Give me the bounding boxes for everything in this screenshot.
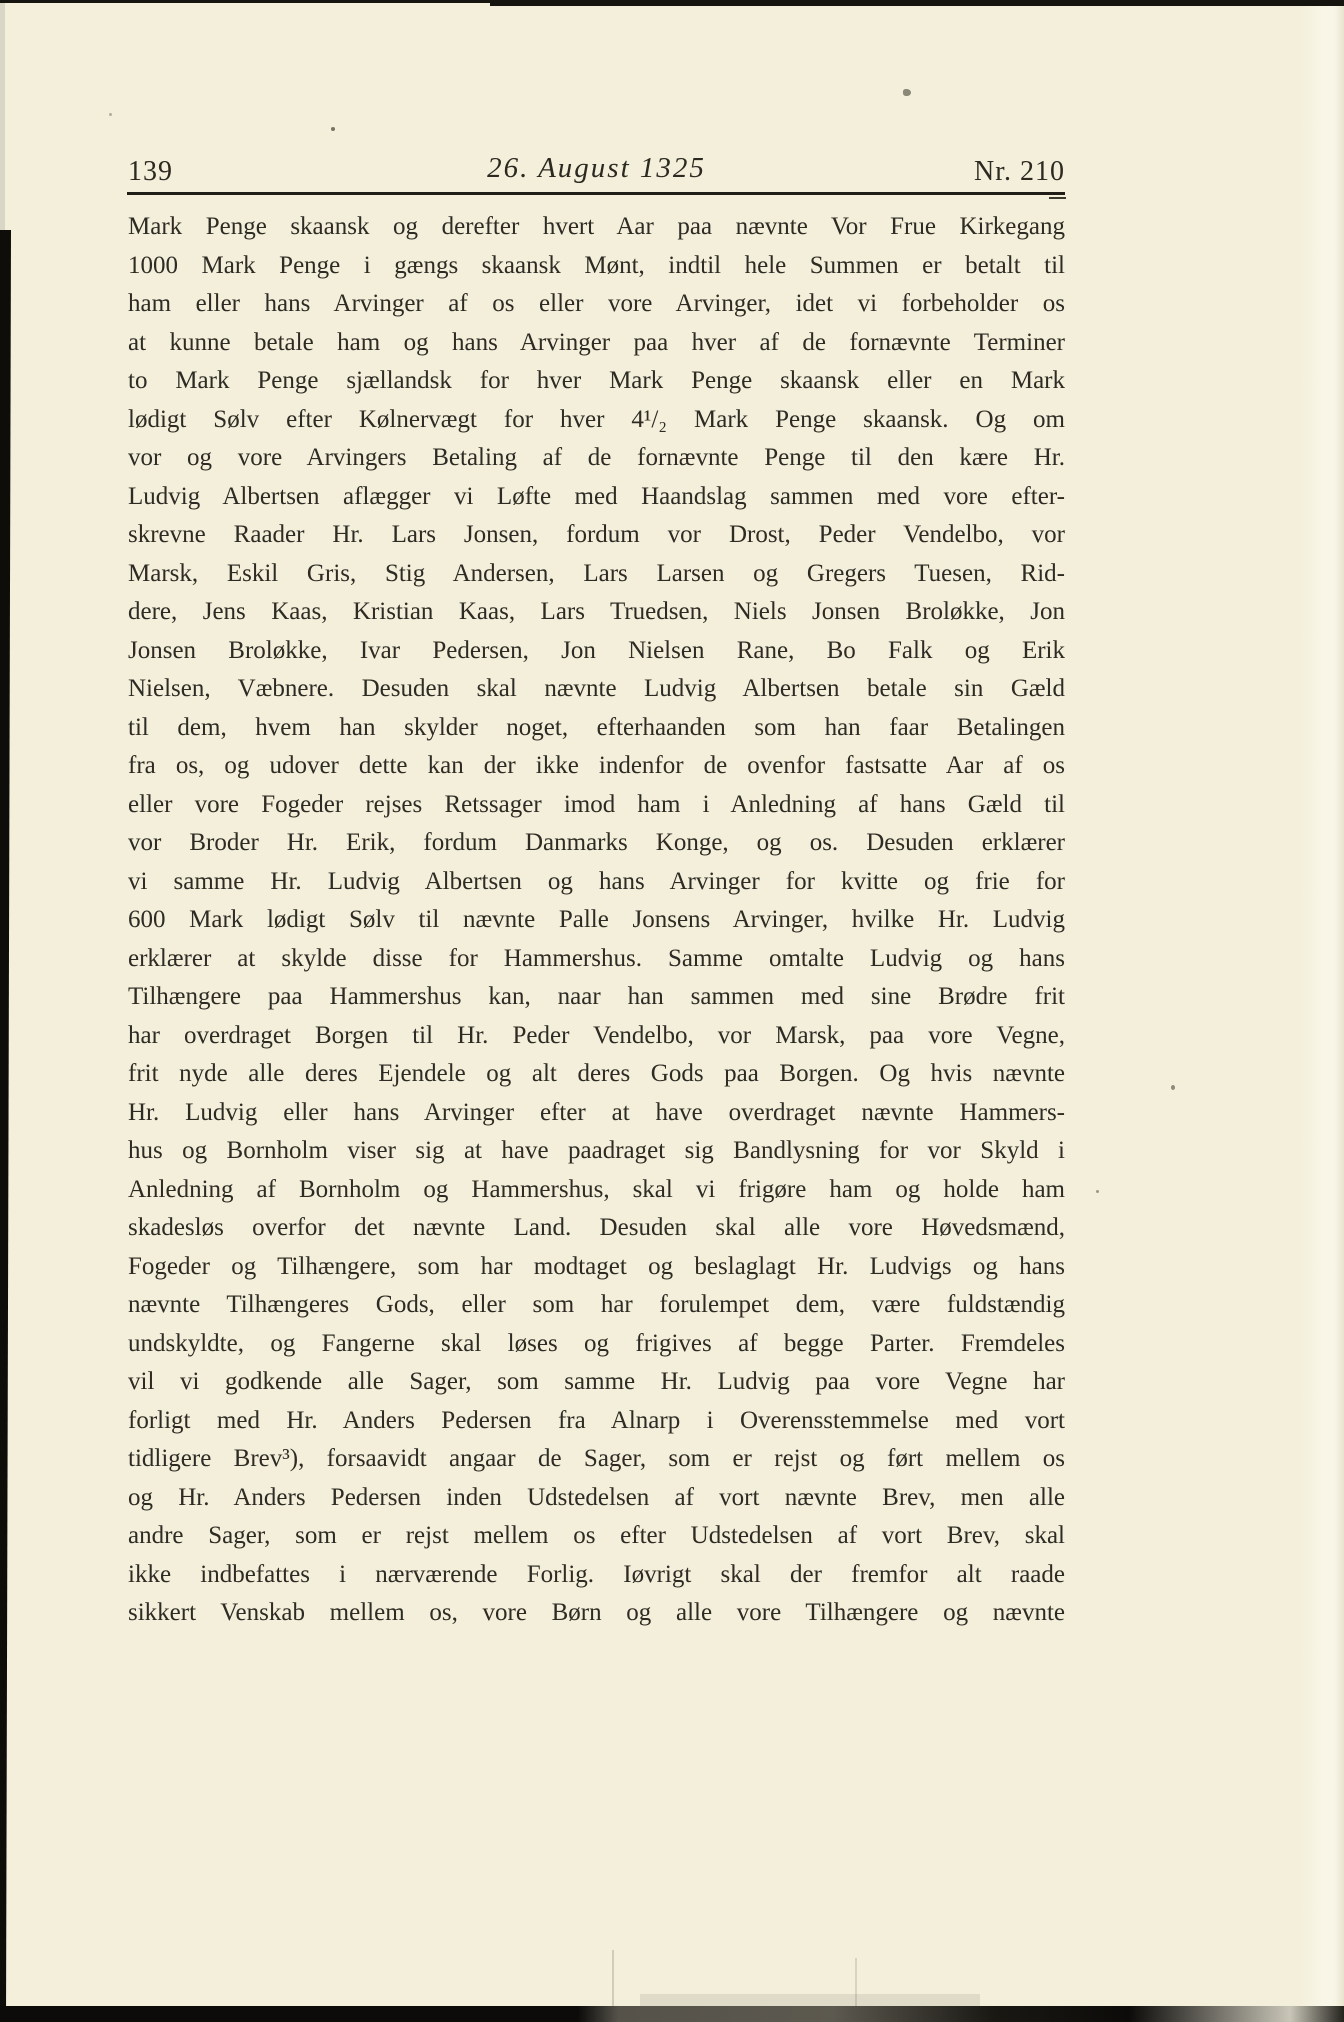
- dust-speck: [1171, 1085, 1175, 1090]
- dust-speck: [109, 113, 112, 116]
- text-line: tidligere Brev³), forsaavidt angaar de S…: [128, 1440, 1065, 1479]
- text-line: hus og Bornholm viser sig at have paadra…: [128, 1132, 1065, 1171]
- text-line: dere, Jens Kaas, Kristian Kaas, Lars Tru…: [128, 593, 1065, 632]
- scan-smudge: [640, 1994, 980, 2006]
- text-line: lødigt Sølv efter Kølnervægt for hver 4¹…: [128, 401, 1065, 440]
- text-line: skadesløs overfor det nævnte Land. Desud…: [128, 1209, 1065, 1248]
- text-line: undskyldte, og Fangerne skal løses og fr…: [128, 1325, 1065, 1364]
- text-line: erklærer at skylde disse for Hammershus.…: [128, 940, 1065, 979]
- dust-speck: [903, 89, 911, 96]
- scan-left-edge: [0, 230, 11, 2022]
- text-line: 1000 Mark Penge i gængs skaansk Mønt, in…: [128, 247, 1065, 286]
- text-line: vi samme Hr. Ludvig Albertsen og hans Ar…: [128, 863, 1065, 902]
- page-right-edge: [1300, 0, 1344, 2006]
- text-line: Jonsen Broløkke, Ivar Pedersen, Jon Niel…: [128, 632, 1065, 671]
- text-line: Fogeder og Tilhængere, som har modtaget …: [128, 1248, 1065, 1287]
- text-line: forligt med Hr. Anders Pedersen fra Alna…: [128, 1402, 1065, 1441]
- scan-smudge: [612, 1950, 614, 2006]
- header-rule-end-tick: [1049, 197, 1066, 199]
- scanned-book-page: 139 26. August 1325 Nr. 210 Mark Penge s…: [0, 0, 1344, 2022]
- text-line: at kunne betale ham og hans Arvinger paa…: [128, 324, 1065, 363]
- text-line: ikke indbefattes i nærværende Forlig. Iø…: [128, 1556, 1065, 1595]
- text-line: og Hr. Anders Pedersen inden Udstedelsen…: [128, 1479, 1065, 1518]
- page-left-edge-light: [0, 0, 5, 232]
- text-line: vor Broder Hr. Erik, fordum Danmarks Kon…: [128, 824, 1065, 863]
- text-line: Ludvig Albertsen aflægger vi Løfte med H…: [128, 478, 1065, 517]
- text-line: eller vore Fogeder rejses Retssager imod…: [128, 786, 1065, 825]
- text-line: vil vi godkende alle Sager, som samme Hr…: [128, 1363, 1065, 1402]
- text-line: sikkert Venskab mellem os, vore Børn og …: [128, 1594, 1065, 1633]
- document-body-text: Mark Penge skaansk og derefter hvert Aar…: [128, 208, 1065, 1633]
- dust-speck: [331, 127, 335, 131]
- scan-top-edge-right: [490, 0, 1344, 6]
- text-line: andre Sager, som er rejst mellem os efte…: [128, 1517, 1065, 1556]
- text-line: Tilhængere paa Hammershus kan, naar han …: [128, 978, 1065, 1017]
- text-line: skrevne Raader Hr. Lars Jonsen, fordum v…: [128, 516, 1065, 555]
- text-line: til dem, hvem han skylder noget, efterha…: [128, 709, 1065, 748]
- text-line: 600 Mark lødigt Sølv til nævnte Palle Jo…: [128, 901, 1065, 940]
- text-line: Anledning af Bornholm og Hammershus, ska…: [128, 1171, 1065, 1210]
- text-line: to Mark Penge sjællandsk for hver Mark P…: [128, 362, 1065, 401]
- text-line: frit nyde alle deres Ejendele og alt der…: [128, 1055, 1065, 1094]
- document-number-heading: Nr. 210: [128, 155, 1065, 188]
- page-sheet: 139 26. August 1325 Nr. 210 Mark Penge s…: [0, 0, 1344, 2022]
- text-line: fra os, og udover dette kan der ikke ind…: [128, 747, 1065, 786]
- text-line: har overdraget Borgen til Hr. Peder Vend…: [128, 1017, 1065, 1056]
- text-line: vor og vore Arvingers Betaling af de for…: [128, 439, 1065, 478]
- text-line: Mark Penge skaansk og derefter hvert Aar…: [128, 208, 1065, 247]
- header-rule: [127, 192, 1065, 195]
- text-line: ham eller hans Arvinger af os eller vore…: [128, 285, 1065, 324]
- scan-bottom-edge: [0, 2006, 1344, 2022]
- dust-speck: [1096, 1190, 1099, 1193]
- text-line: Nielsen, Væbnere. Desuden skal nævnte Lu…: [128, 670, 1065, 709]
- text-line: Hr. Ludvig eller hans Arvinger efter at …: [128, 1094, 1065, 1133]
- text-line: Marsk, Eskil Gris, Stig Andersen, Lars L…: [128, 555, 1065, 594]
- text-line: nævnte Tilhængeres Gods, eller som har f…: [128, 1286, 1065, 1325]
